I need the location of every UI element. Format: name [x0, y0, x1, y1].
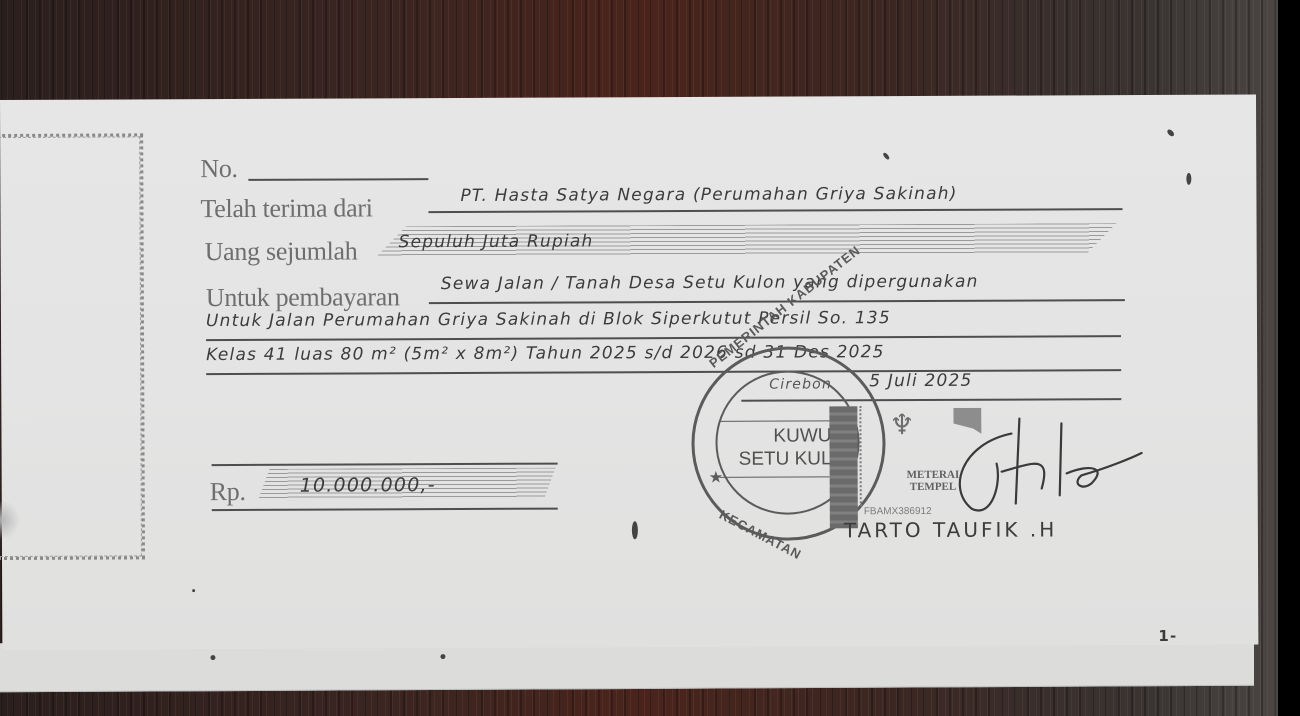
received-from-underline — [428, 208, 1122, 213]
label-received-from: Telah terima dari — [200, 193, 372, 224]
ink-mark — [1166, 128, 1175, 137]
stamp-center-text: KUWU SETU KUL — [735, 424, 831, 470]
number-underline — [248, 178, 428, 181]
amount-bottom-rule — [212, 508, 558, 512]
payment-line-2-underline — [206, 335, 1121, 341]
signatory-name: TARTO TAUFIK .H — [844, 517, 1057, 542]
amount-top-rule — [212, 463, 558, 467]
meterai-serial: FBAMX386912 — [864, 506, 932, 517]
meterai-value-strip — [859, 406, 883, 506]
ink-mark — [632, 521, 638, 539]
stamp-center-line-1: KUWU — [735, 424, 831, 447]
receipt-date: 5 Juli 2025 — [869, 371, 972, 391]
receipt-paper: No. Telah terima dari PT. Hasta Satya Ne… — [0, 95, 1258, 650]
ink-mark — [210, 655, 215, 660]
amount-numeric: 10.000.000,- — [300, 474, 436, 497]
received-from-value: PT. Hasta Satya Negara (Perumahan Griya … — [460, 184, 957, 206]
payment-for-line-1: Sewa Jalan / Tanah Desa Setu Kulon yang … — [441, 272, 979, 294]
payment-line-3-underline — [206, 369, 1121, 375]
decorative-chain-border — [0, 133, 145, 560]
stamp-region: Cirebon — [769, 376, 832, 392]
ink-mark — [1186, 173, 1191, 185]
label-number: No. — [200, 154, 238, 184]
label-amount-words: Uang sejumlah — [205, 236, 358, 267]
garuda-emblem-icon: ♆ — [889, 408, 914, 442]
ink-mark — [192, 589, 195, 592]
signature-scribble — [941, 413, 1151, 514]
ink-mark — [440, 654, 445, 659]
amount-words-value: Sepuluh Juta Rupiah — [399, 231, 594, 252]
label-payment-for: Untuk pembayaran — [206, 282, 400, 313]
stamp-center-line-2: SETU KUL — [736, 447, 832, 470]
label-currency: Rp. — [210, 477, 246, 507]
ink-mark — [882, 152, 890, 161]
meterai-security-strip — [829, 406, 858, 528]
margin-mark: 1- — [1158, 627, 1177, 645]
